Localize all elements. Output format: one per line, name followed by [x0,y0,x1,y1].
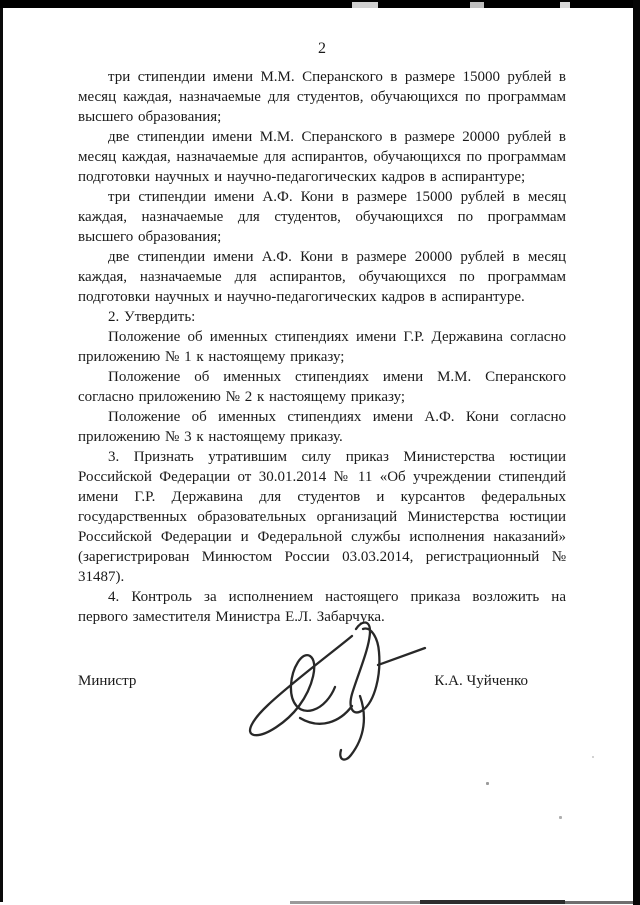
paragraph: Положение об именных стипендиях имени А.… [78,407,566,447]
paragraph: две стипендии имени М.М. Сперанского в р… [78,127,566,187]
minister-title: Министр [78,671,136,691]
scan-noise-dot [486,782,489,785]
paragraph: три стипендии имени А.Ф. Кони в размере … [78,187,566,247]
scan-border-bottom [420,900,565,904]
scan-noise-dot [559,816,562,819]
document-body: три стипендии имени М.М. Сперанского в р… [78,67,566,627]
paragraph: три стипендии имени М.М. Сперанского в р… [78,67,566,127]
page-number: 2 [78,40,566,58]
scan-border-right [633,0,640,905]
scan-noise-dot [592,756,594,758]
scan-border-gap [560,2,570,8]
scan-border-gap [352,2,378,8]
signature-block: Министр К.А. Чуйченко [78,671,566,691]
paragraph: Положение об именных стипендиях имени Г.… [78,327,566,367]
scan-border-top [0,0,640,8]
paragraph: Положение об именных стипендиях имени М.… [78,367,566,407]
paragraph: 2. Утвердить: [78,307,566,327]
paragraph: две стипендии имени А.Ф. Кони в размере … [78,247,566,307]
scan-border-bottom [290,901,420,904]
paragraph: 3. Признать утратившим силу приказ Минис… [78,447,566,587]
scan-border-bottom [565,901,633,904]
document-page: 2 три стипендии имени М.М. Сперанского в… [0,0,640,905]
scan-border-left [0,8,3,902]
scan-border-gap [470,2,484,8]
minister-name: К.А. Чуйченко [434,671,528,691]
